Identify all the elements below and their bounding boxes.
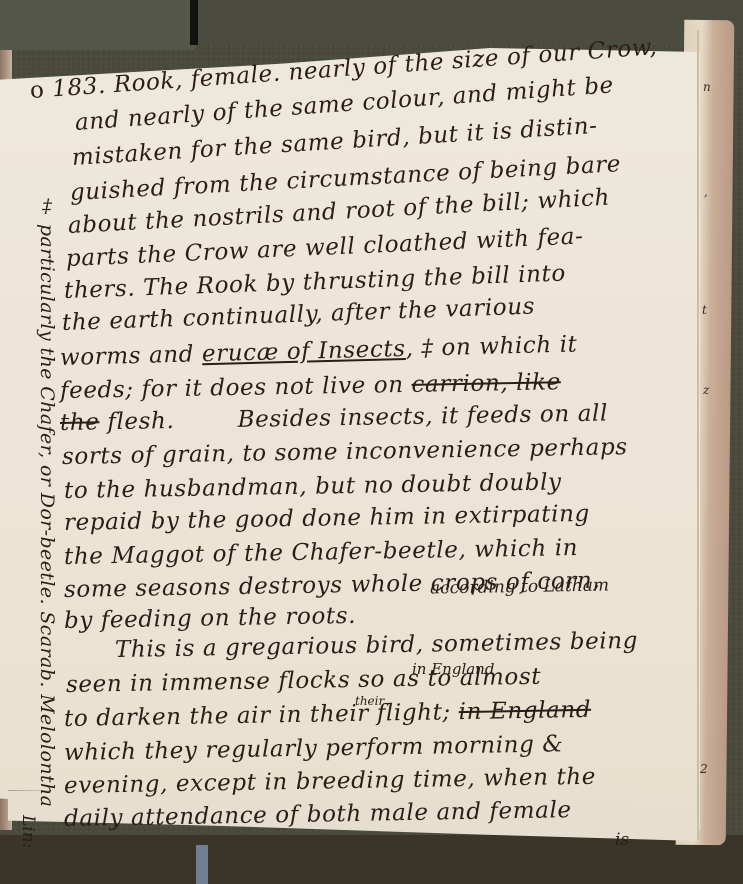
- text-line-11: the flesh. Besides insects, it feeds on …: [60, 400, 608, 436]
- text-line-13: to the husbandman, but no doubt doubly: [64, 469, 562, 504]
- text-line-9: worms and erucæ of Insects, ‡ on which i…: [60, 331, 578, 371]
- struck-in-england: in England: [458, 697, 591, 725]
- edge-mark-5: 2: [700, 762, 708, 776]
- text-line-20: to darken the air in their flight; in En…: [64, 697, 592, 732]
- worms-text: worms and: [60, 341, 203, 371]
- edge-mark-1: n: [703, 80, 711, 94]
- underlined-phrase: erucæ of Insects: [202, 336, 406, 367]
- text-line-19: seen in immense flocks so as to almost: [66, 664, 542, 698]
- insertion-according-to-latham: according to Latham: [430, 575, 609, 598]
- struck-the: the: [60, 409, 100, 436]
- manuscript-text: o 183. Rook, female. nearly of the size …: [0, 0, 743, 884]
- margin-footnote: ‡ particularly the Chafer, or Dor-beetle…: [36, 195, 58, 807]
- text-line-12: sorts of grain, to some inconvenience pe…: [62, 434, 628, 470]
- text-line-21: which they regularly perform morning &: [64, 731, 564, 766]
- text-line-22: evening, except in breeding time, when t…: [64, 764, 596, 799]
- edge-mark-4: z: [703, 383, 709, 397]
- text-line-15: the Maggot of the Chafer-beetle, which i…: [64, 535, 579, 570]
- struck-carrion: carrion, like: [411, 369, 561, 398]
- text-line-10: feeds; for it does not live on carrion, …: [60, 369, 561, 404]
- catchword: is: [615, 830, 629, 850]
- edge-mark-3: t: [702, 303, 707, 317]
- text-line-14: repaid by the good done him in extirpati…: [64, 501, 590, 536]
- margin-footnote-tail: Lin:: [18, 815, 38, 848]
- edge-mark-2: ,: [704, 185, 708, 199]
- entry-number: 183.: [51, 73, 106, 103]
- text-line-18: This is a gregarious bird, sometimes bei…: [115, 628, 638, 663]
- text-line-23: daily attendance of both male and female: [64, 797, 572, 832]
- entry-marker: o: [29, 77, 45, 104]
- text-line-17: by feeding on the roots.: [64, 603, 357, 634]
